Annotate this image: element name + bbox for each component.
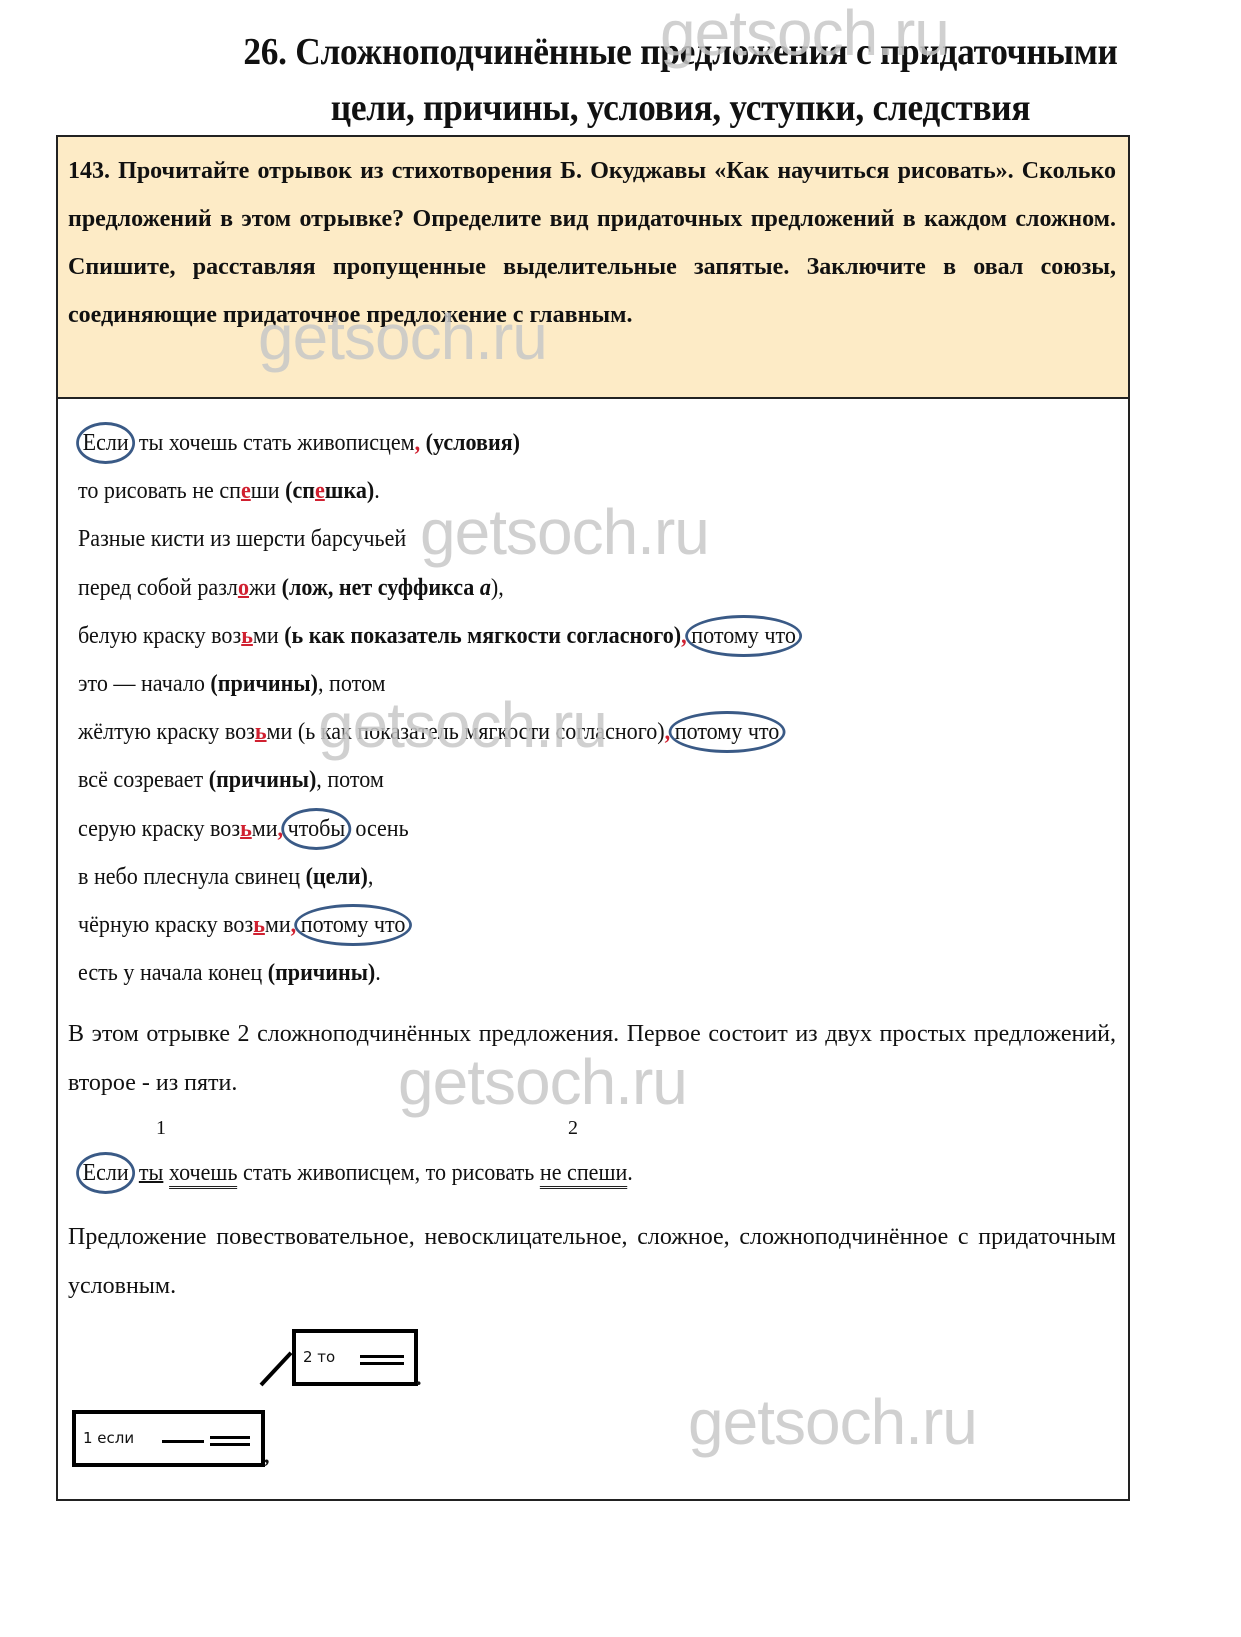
predicate-line (360, 1362, 404, 1365)
line-text: это — начало (78, 671, 210, 697)
spelling-note: а (480, 575, 491, 601)
poem-excerpt: Если ты хочешь стать живописцем, (услови… (78, 419, 800, 997)
box-label: 1 если (83, 1429, 134, 1447)
line-text: . (375, 960, 381, 986)
spelling-mark: е (315, 478, 325, 504)
poem-line: то рисовать не спеши (спешка). (78, 467, 800, 515)
chapter-title-line-1: 26. Сложноподчинённые предложения с прид… (103, 26, 1241, 78)
line-text: ми (252, 816, 278, 842)
line-text: серую краску воз (78, 816, 240, 842)
poem-line: белую краску возьми (ь как показатель мя… (78, 612, 800, 660)
predicate: хочешь (169, 1160, 238, 1189)
scheme-comma: , (264, 1443, 270, 1469)
sentence-analysis: Если ты хочешь стать живописцем, то рисо… (78, 1153, 633, 1193)
poem-line: есть у начала конец (причины). (78, 949, 800, 997)
poem-line: Если ты хочешь стать живописцем, (услови… (78, 419, 800, 467)
spelling-note: шка) (325, 478, 374, 504)
line-text: ми (265, 912, 291, 938)
conjunction-oval: потому что (668, 711, 785, 753)
line-text: перед собой разл (78, 575, 238, 601)
line-text: , потом (318, 671, 386, 697)
scheme-connector (260, 1351, 293, 1386)
line-text: , потом (316, 767, 384, 793)
predicate-line (210, 1443, 250, 1446)
sentence-text: . (627, 1160, 633, 1186)
conjunction-oval: потому что (685, 615, 802, 657)
poem-line: жёлтую краску возьми (ь как показатель м… (78, 708, 800, 756)
poem-line: это — начало (причины), потом (78, 660, 800, 708)
clause-type-note: (причины) (209, 767, 317, 793)
predicate-line (210, 1436, 250, 1439)
subordinate-clause-box: 1 если (72, 1410, 265, 1467)
line-text: есть у начала конец (78, 960, 268, 986)
line-text: жи (249, 575, 282, 601)
line-text: осень (350, 816, 409, 842)
conjunction-oval: чтобы (281, 808, 351, 850)
poem-line: в небо плеснула свинец (цели), (78, 853, 800, 901)
box-label: 2 то (303, 1348, 335, 1366)
predicate: не спеши (540, 1160, 627, 1189)
poem-line: чёрную краску возьми,потому что (78, 901, 800, 949)
task-box: 143. Прочитайте отрывок из стихотворения… (58, 137, 1128, 399)
clause-type-note: (цели) (306, 864, 368, 890)
poem-line: всё созревает (причины), потом (78, 756, 800, 804)
spelling-mark: ь (253, 912, 265, 938)
spelling-note: (лож, нет суффикса (282, 575, 480, 601)
line-text: Разные кисти из шерсти барсучьей (78, 526, 406, 552)
task-text: 143. Прочитайте отрывок из стихотворения… (68, 147, 1116, 339)
subject: ты (139, 1160, 163, 1186)
subject-line (162, 1440, 204, 1443)
poem-line: перед собой разложи (лож, нет суффикса а… (78, 564, 800, 612)
chapter-title-line-2: цели, причины, условия, уступки, следств… (103, 82, 1241, 134)
main-clause-box: 2 то (292, 1329, 418, 1386)
line-text: всё созревает (78, 767, 209, 793)
clause-type-note: (причины) (210, 671, 318, 697)
line-text: ми (253, 623, 284, 649)
spelling-note: (сп (285, 478, 315, 504)
conjunction-oval: Если (76, 422, 135, 464)
conjunction-oval: потому что (294, 904, 411, 946)
spelling-mark: ь (241, 623, 253, 649)
sentence-description: Предложение повествовательное, невосклиц… (68, 1213, 1116, 1311)
line-text: белую краску воз (78, 623, 241, 649)
poem-line: Разные кисти из шерсти барсучьей (78, 515, 800, 563)
line-text: жёлтую краску воз (78, 719, 255, 745)
line-text: , (368, 864, 374, 890)
line-text: чёрную краску воз (78, 912, 253, 938)
clause-type-note: (причины) (268, 960, 376, 986)
clause-number-2: 2 (568, 1117, 578, 1140)
spelling-note: (ь как показатель мягкости согласного) (284, 623, 681, 649)
exercise-frame: 143. Прочитайте отрывок из стихотворения… (56, 135, 1130, 1501)
clause-number-1: 1 (156, 1117, 166, 1140)
clause-type-note: (условия) (420, 430, 520, 456)
answer-summary: В этом отрывке 2 сложноподчинённых предл… (68, 1010, 1116, 1108)
spelling-mark: ь (240, 816, 252, 842)
line-text: в небо плеснула свинец (78, 864, 306, 890)
line-text: ши (251, 478, 285, 504)
sentence-text: стать живописцем, то рисовать (238, 1160, 540, 1186)
spelling-mark: е (241, 478, 251, 504)
conjunction-oval: Если (76, 1152, 135, 1194)
line-text: ), (491, 575, 504, 601)
spelling-mark: ь (255, 719, 267, 745)
spelling-mark: о (238, 575, 249, 601)
line-text: . (374, 478, 380, 504)
line-text: ты хочешь стать живописцем (133, 430, 414, 456)
predicate-line (360, 1355, 404, 1358)
line-text: то рисовать не сп (78, 478, 241, 504)
scheme-period: . (416, 1365, 422, 1391)
line-text: ми (ь как показатель мягкости согласного… (267, 719, 665, 745)
poem-line: серую краску возьми,чтобы осень (78, 805, 800, 853)
